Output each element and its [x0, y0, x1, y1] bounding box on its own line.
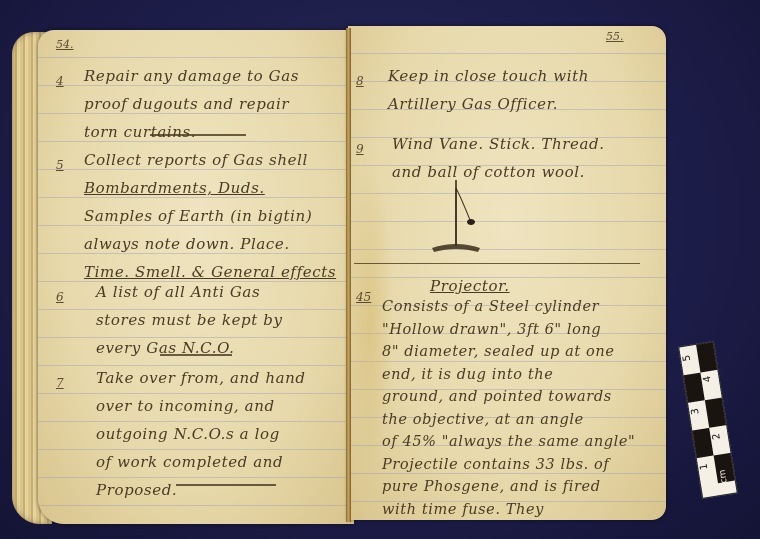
- text-line: end, it is dug into the: [382, 364, 635, 387]
- item-number: 5: [56, 158, 64, 172]
- text-line: of work completed and: [96, 448, 306, 476]
- item-7-text: Take over from, and hand over to incomin…: [96, 364, 306, 504]
- item-number: 4: [56, 74, 64, 88]
- item-number: 7: [56, 376, 64, 390]
- text-line: Artillery Gas Officer.: [388, 90, 589, 118]
- item-number: 8: [356, 74, 364, 88]
- projector-text: Consists of a Steel cylinder "Hollow dra…: [382, 296, 635, 521]
- text-line: Projectile contains 33 lbs. of: [382, 454, 635, 477]
- cm-scale-bar: 5 4 3 2 1 0cm: [678, 341, 738, 499]
- text-line: Bombardments, Duds.: [84, 174, 336, 202]
- text-line: with time fuse. They: [382, 499, 635, 522]
- separator-rule: [160, 354, 232, 356]
- item-6-text: A list of all Anti Gas stores must be ke…: [96, 278, 283, 362]
- text-line: Repair any damage to Gas: [84, 62, 299, 90]
- item-number: 9: [356, 142, 364, 156]
- item-8-text: Keep in close touch with Artillery Gas O…: [388, 62, 589, 118]
- text-line: every Gas N.C.O.: [96, 334, 283, 362]
- item-5-text: Collect reports of Gas shell Bombardment…: [84, 146, 336, 286]
- text-line: stores must be kept by: [96, 306, 283, 334]
- text-line: 8" diameter, sealed up at one: [382, 341, 635, 364]
- text-line: over to incoming, and: [96, 392, 306, 420]
- text-line: "Hollow drawn", 3ft 6" long: [382, 319, 635, 342]
- text-line: Take over from, and hand: [96, 364, 306, 392]
- text-line: ground, and pointed towards: [382, 386, 635, 409]
- page-number-right: 55.: [606, 30, 624, 43]
- item-9-text: Wind Vane. Stick. Thread. and ball of co…: [392, 130, 605, 186]
- text-line: always note down. Place.: [84, 230, 336, 258]
- text-line: Proposed.: [96, 476, 306, 504]
- item-number: 6: [56, 290, 64, 304]
- text-line: torn curtains.: [84, 118, 299, 146]
- wind-vane-sketch-icon: [420, 180, 510, 260]
- text-line: Wind Vane. Stick. Thread.: [392, 130, 605, 158]
- text-line: of 45% "always the same angle": [382, 431, 635, 454]
- text-line: Keep in close touch with: [388, 62, 589, 90]
- text-line: pure Phosgene, and is fired: [382, 476, 635, 499]
- text-line: Collect reports of Gas shell: [84, 146, 336, 174]
- page-number-left: 54.: [56, 38, 74, 51]
- section-number: 45: [356, 290, 371, 304]
- text-line: Samples of Earth (in bigtin): [84, 202, 336, 230]
- separator-rule: [176, 484, 276, 486]
- text-line: the objective, at an angle: [382, 409, 635, 432]
- text-line: Consists of a Steel cylinder: [382, 296, 635, 319]
- text-line: proof dugouts and repair: [84, 90, 299, 118]
- text-line: A list of all Anti Gas: [96, 278, 283, 306]
- separator-rule: [150, 134, 246, 136]
- text-line: outgoing N.C.O.s a log: [96, 420, 306, 448]
- section-divider: [354, 263, 640, 264]
